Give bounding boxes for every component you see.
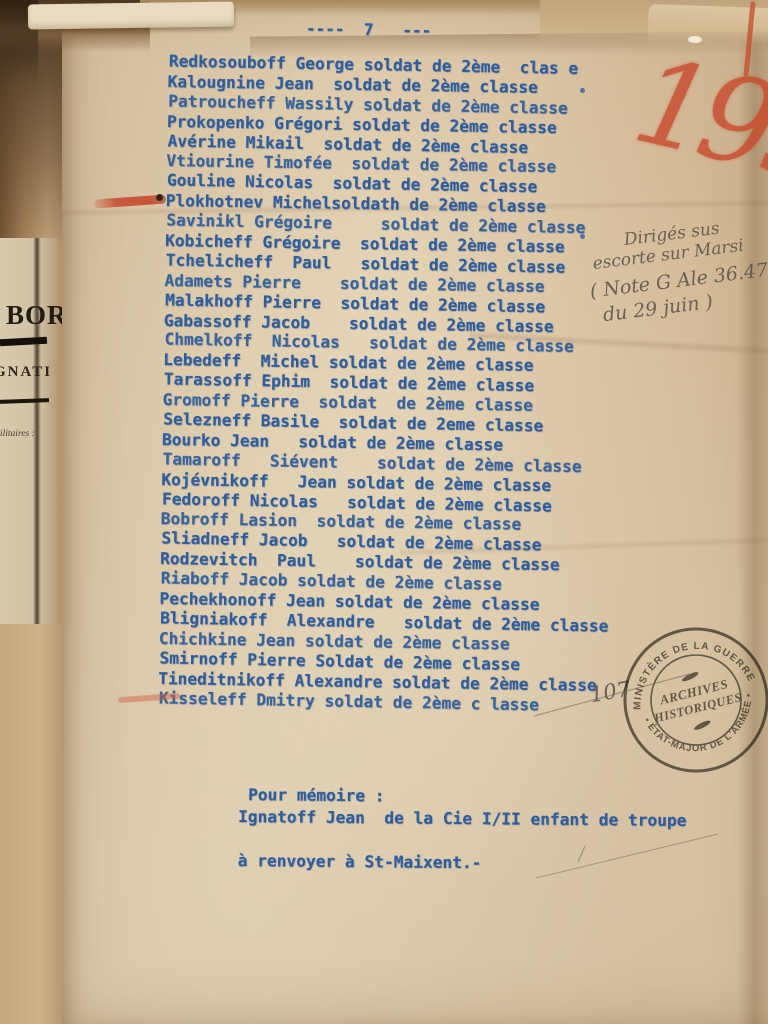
memo-pour-memoire: Pour mémoire : Ignatoff Jean de la Cie I… (238, 784, 687, 876)
book-spine-edge: BOR GNATI ilitaires : (0, 0, 66, 1024)
stamp-ornament-leaf (681, 670, 699, 683)
spine-paper-bottom (0, 624, 66, 1024)
stray-ink-dot (580, 88, 585, 93)
spine-text-fragment-large: BOR (6, 300, 68, 331)
soldier-roster: Redkosouboff George soldat de 2ème clas … (158, 52, 617, 715)
page-number: ---- 7 --- (306, 19, 432, 40)
ink-speck (156, 194, 163, 201)
spine-text-fragment-mid: GNATI (0, 364, 52, 381)
spine-text-fragment-small: ilitaires : (0, 429, 35, 439)
stamp-ornament-leaf (693, 719, 711, 732)
paper-strip-cream (28, 2, 234, 30)
scanned-archive-photo: BOR GNATI ilitaires : ---- 7 --- Redkoso… (0, 0, 768, 1024)
